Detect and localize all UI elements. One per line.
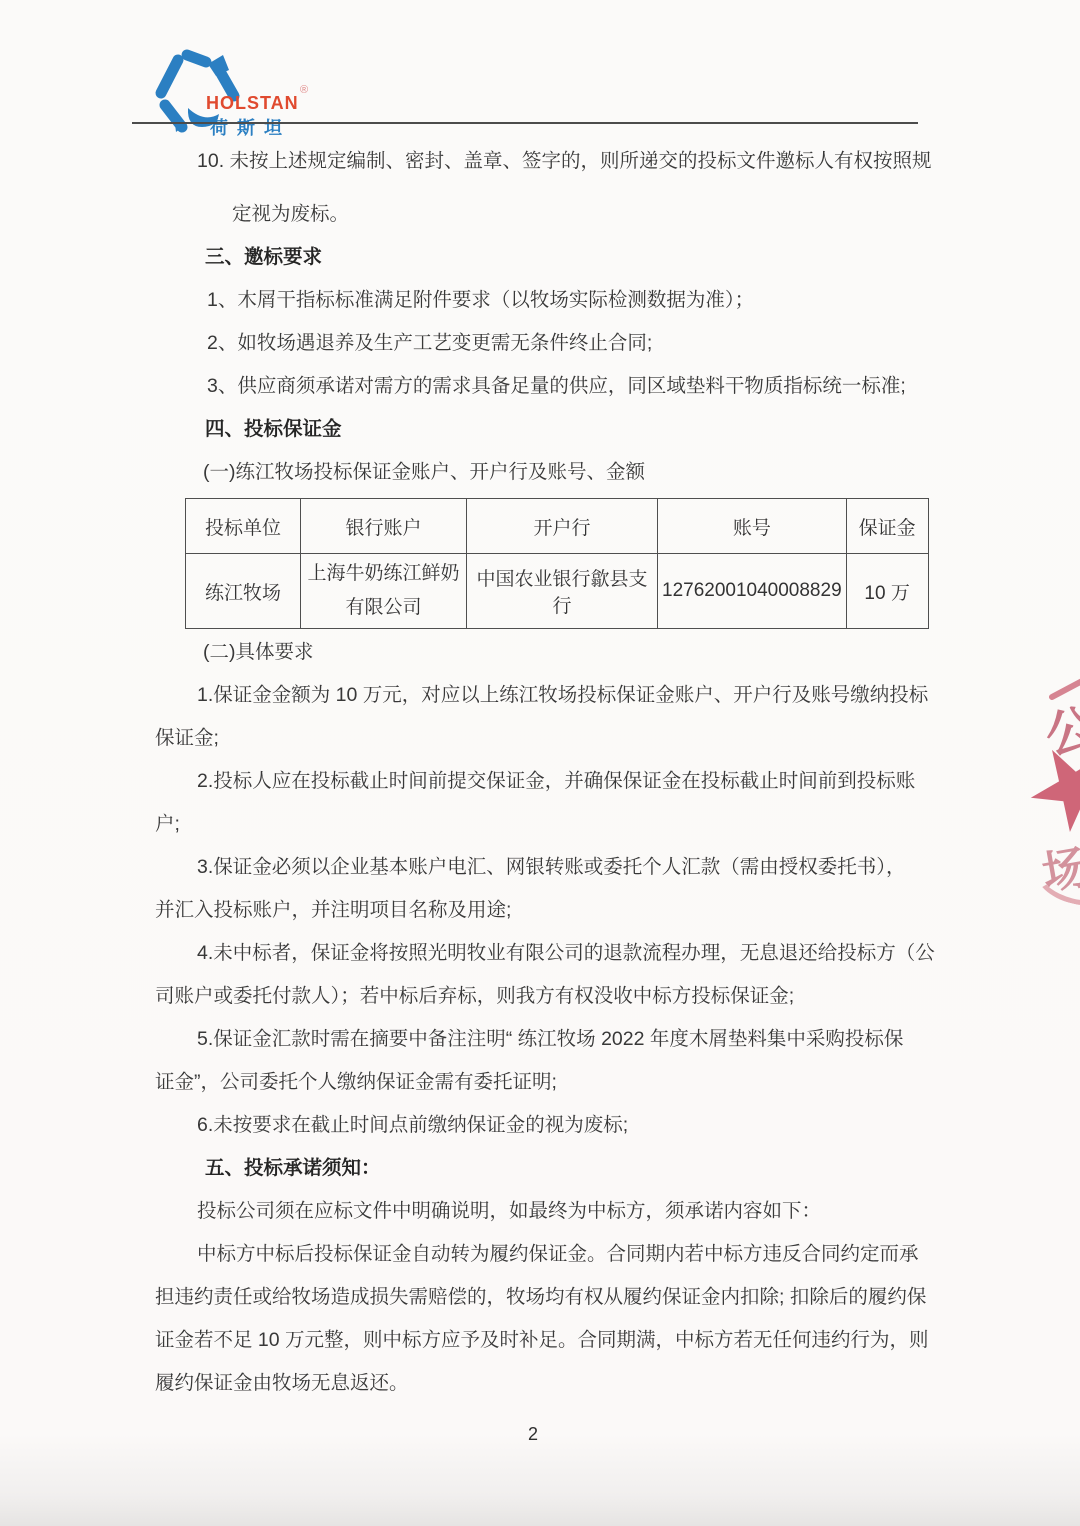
text-line: 1.保证金金额为 10 万元，对应以上练江牧场投标保证金账户、开户行及账号缴纳投… bbox=[155, 674, 945, 717]
document-page: HOLSTAN ® 荷斯坦 10. 未按上述规定编制、密封、盖章、签字的，则所递… bbox=[0, 0, 1080, 1526]
holstan-logo: HOLSTAN ® 荷斯坦 bbox=[148, 46, 358, 141]
table-header-row: 投标单位 银行账户 开户行 账号 保证金 bbox=[186, 499, 929, 554]
text-line: 五、投标承诺须知： bbox=[155, 1147, 945, 1190]
text-line: 中标方中标后投标保证金自动转为履约保证金。合同期内若中标方违反合同约定而承 bbox=[155, 1233, 945, 1276]
brand-name-cn: 荷斯坦 bbox=[210, 114, 291, 140]
text-line: 户; bbox=[155, 803, 945, 846]
cell-account-number: 12762001040008829 bbox=[658, 554, 847, 629]
text-line: 3、供应商须承诺对需方的需求具备足量的供应，同区域垫料干物质指标统一标准; bbox=[155, 365, 945, 408]
col-header-account-number: 账号 bbox=[658, 499, 847, 554]
text-line: 2、如牧场遇退养及生产工艺变更需无条件终止合同; bbox=[155, 322, 945, 365]
section-after-table: (二)具体要求1.保证金金额为 10 万元，对应以上练江牧场投标保证金账户、开户… bbox=[155, 631, 945, 1405]
text-line: 3.保证金必须以企业基本账户电汇、网银转账或委托个人汇款（需由授权委托书）， bbox=[155, 846, 945, 889]
cell-deposit: 10 万 bbox=[846, 554, 928, 629]
brand-name-en: HOLSTAN bbox=[206, 93, 299, 114]
seal-character-top: 公 bbox=[1038, 688, 1080, 769]
col-header-unit: 投标单位 bbox=[186, 499, 301, 554]
text-line: 1、木屑干指标标准满足附件要求（以牧场实际检测数据为准）； bbox=[155, 279, 945, 322]
text-line: 证金”，公司委托个人缴纳保证金需有委托证明; bbox=[155, 1061, 945, 1104]
text-line: 6.未按要求在截止时间点前缴纳保证金的视为废标; bbox=[155, 1104, 945, 1147]
text-line: 10. 未按上述规定编制、密封、盖章、签字的，则所递交的投标文件邀标人有权按照规 bbox=[155, 140, 945, 183]
header-divider bbox=[132, 122, 918, 124]
cell-unit: 练江牧场 bbox=[186, 554, 301, 629]
document-body: 10. 未按上述规定编制、密封、盖章、签字的，则所递交的投标文件邀标人有权按照规… bbox=[155, 140, 945, 1405]
text-line: 担违约责任或给牧场造成损失需赔偿的，牧场均有权从履约保证金内扣除; 扣除后的履约… bbox=[155, 1276, 945, 1319]
col-header-bank-account: 银行账户 bbox=[301, 499, 467, 554]
cell-bank-account: 上海牛奶练江鲜奶 有限公司 bbox=[301, 554, 467, 629]
text-line: 三、邀标要求 bbox=[155, 236, 945, 279]
text-line: 并汇入投标账户，并注明项目名称及用途; bbox=[155, 889, 945, 932]
page-number: 2 bbox=[0, 1424, 1066, 1445]
text-line: 5.保证金汇款时需在摘要中备注注明“ 练江牧场 2022 年度木屑垫料集中采购投… bbox=[155, 1018, 945, 1061]
col-header-deposit: 保证金 bbox=[846, 499, 928, 554]
section-before-table: 10. 未按上述规定编制、密封、盖章、签字的，则所递交的投标文件邀标人有权按照规… bbox=[155, 140, 945, 494]
text-line: (二)具体要求 bbox=[155, 631, 945, 674]
text-line: 司账户或委托付款人）；若中标后弃标，则我方有权没收中标方投标保证金; bbox=[155, 975, 945, 1018]
text-line: 履约保证金由牧场无息返还。 bbox=[155, 1362, 945, 1405]
text-line: 证金若不足 10 万元整，则中标方应予及时补足。合同期满，中标方若无任何违约行为… bbox=[155, 1319, 945, 1362]
text-line: 保证金; bbox=[155, 717, 945, 760]
col-header-bank-branch: 开户行 bbox=[467, 499, 658, 554]
table-row: 练江牧场 上海牛奶练江鲜奶 有限公司 中国农业银行歙县支行 1276200104… bbox=[186, 554, 929, 629]
text-line: 2.投标人应在投标截止时间前提交保证金，并确保保证金在投标截止时间前到投标账 bbox=[155, 760, 945, 803]
registered-trademark-icon: ® bbox=[300, 84, 308, 96]
text-line: 四、投标保证金 bbox=[155, 408, 945, 451]
bank-account-line1: 上海牛奶练江鲜奶 bbox=[305, 557, 462, 591]
deposit-account-table: 投标单位 银行账户 开户行 账号 保证金 练江牧场 上海牛奶练江鲜奶 有限公司 … bbox=[185, 498, 929, 629]
cell-bank-branch: 中国农业银行歙县支行 bbox=[467, 554, 658, 629]
text-line: 定视为废标。 bbox=[155, 193, 945, 236]
bank-account-line2: 有限公司 bbox=[305, 591, 462, 625]
seal-ring-arc bbox=[1032, 849, 1080, 913]
text-line: 4.未中标者，保证金将按照光明牧业有限公司的退款流程办理，无息退还给投标方（公 bbox=[155, 932, 945, 975]
text-line: (一)练江牧场投标保证金账户、开户行及账号、金额 bbox=[155, 451, 945, 494]
text-line: 投标公司须在应标文件中明确说明，如最终为中标方，须承诺内容如下： bbox=[155, 1190, 945, 1233]
